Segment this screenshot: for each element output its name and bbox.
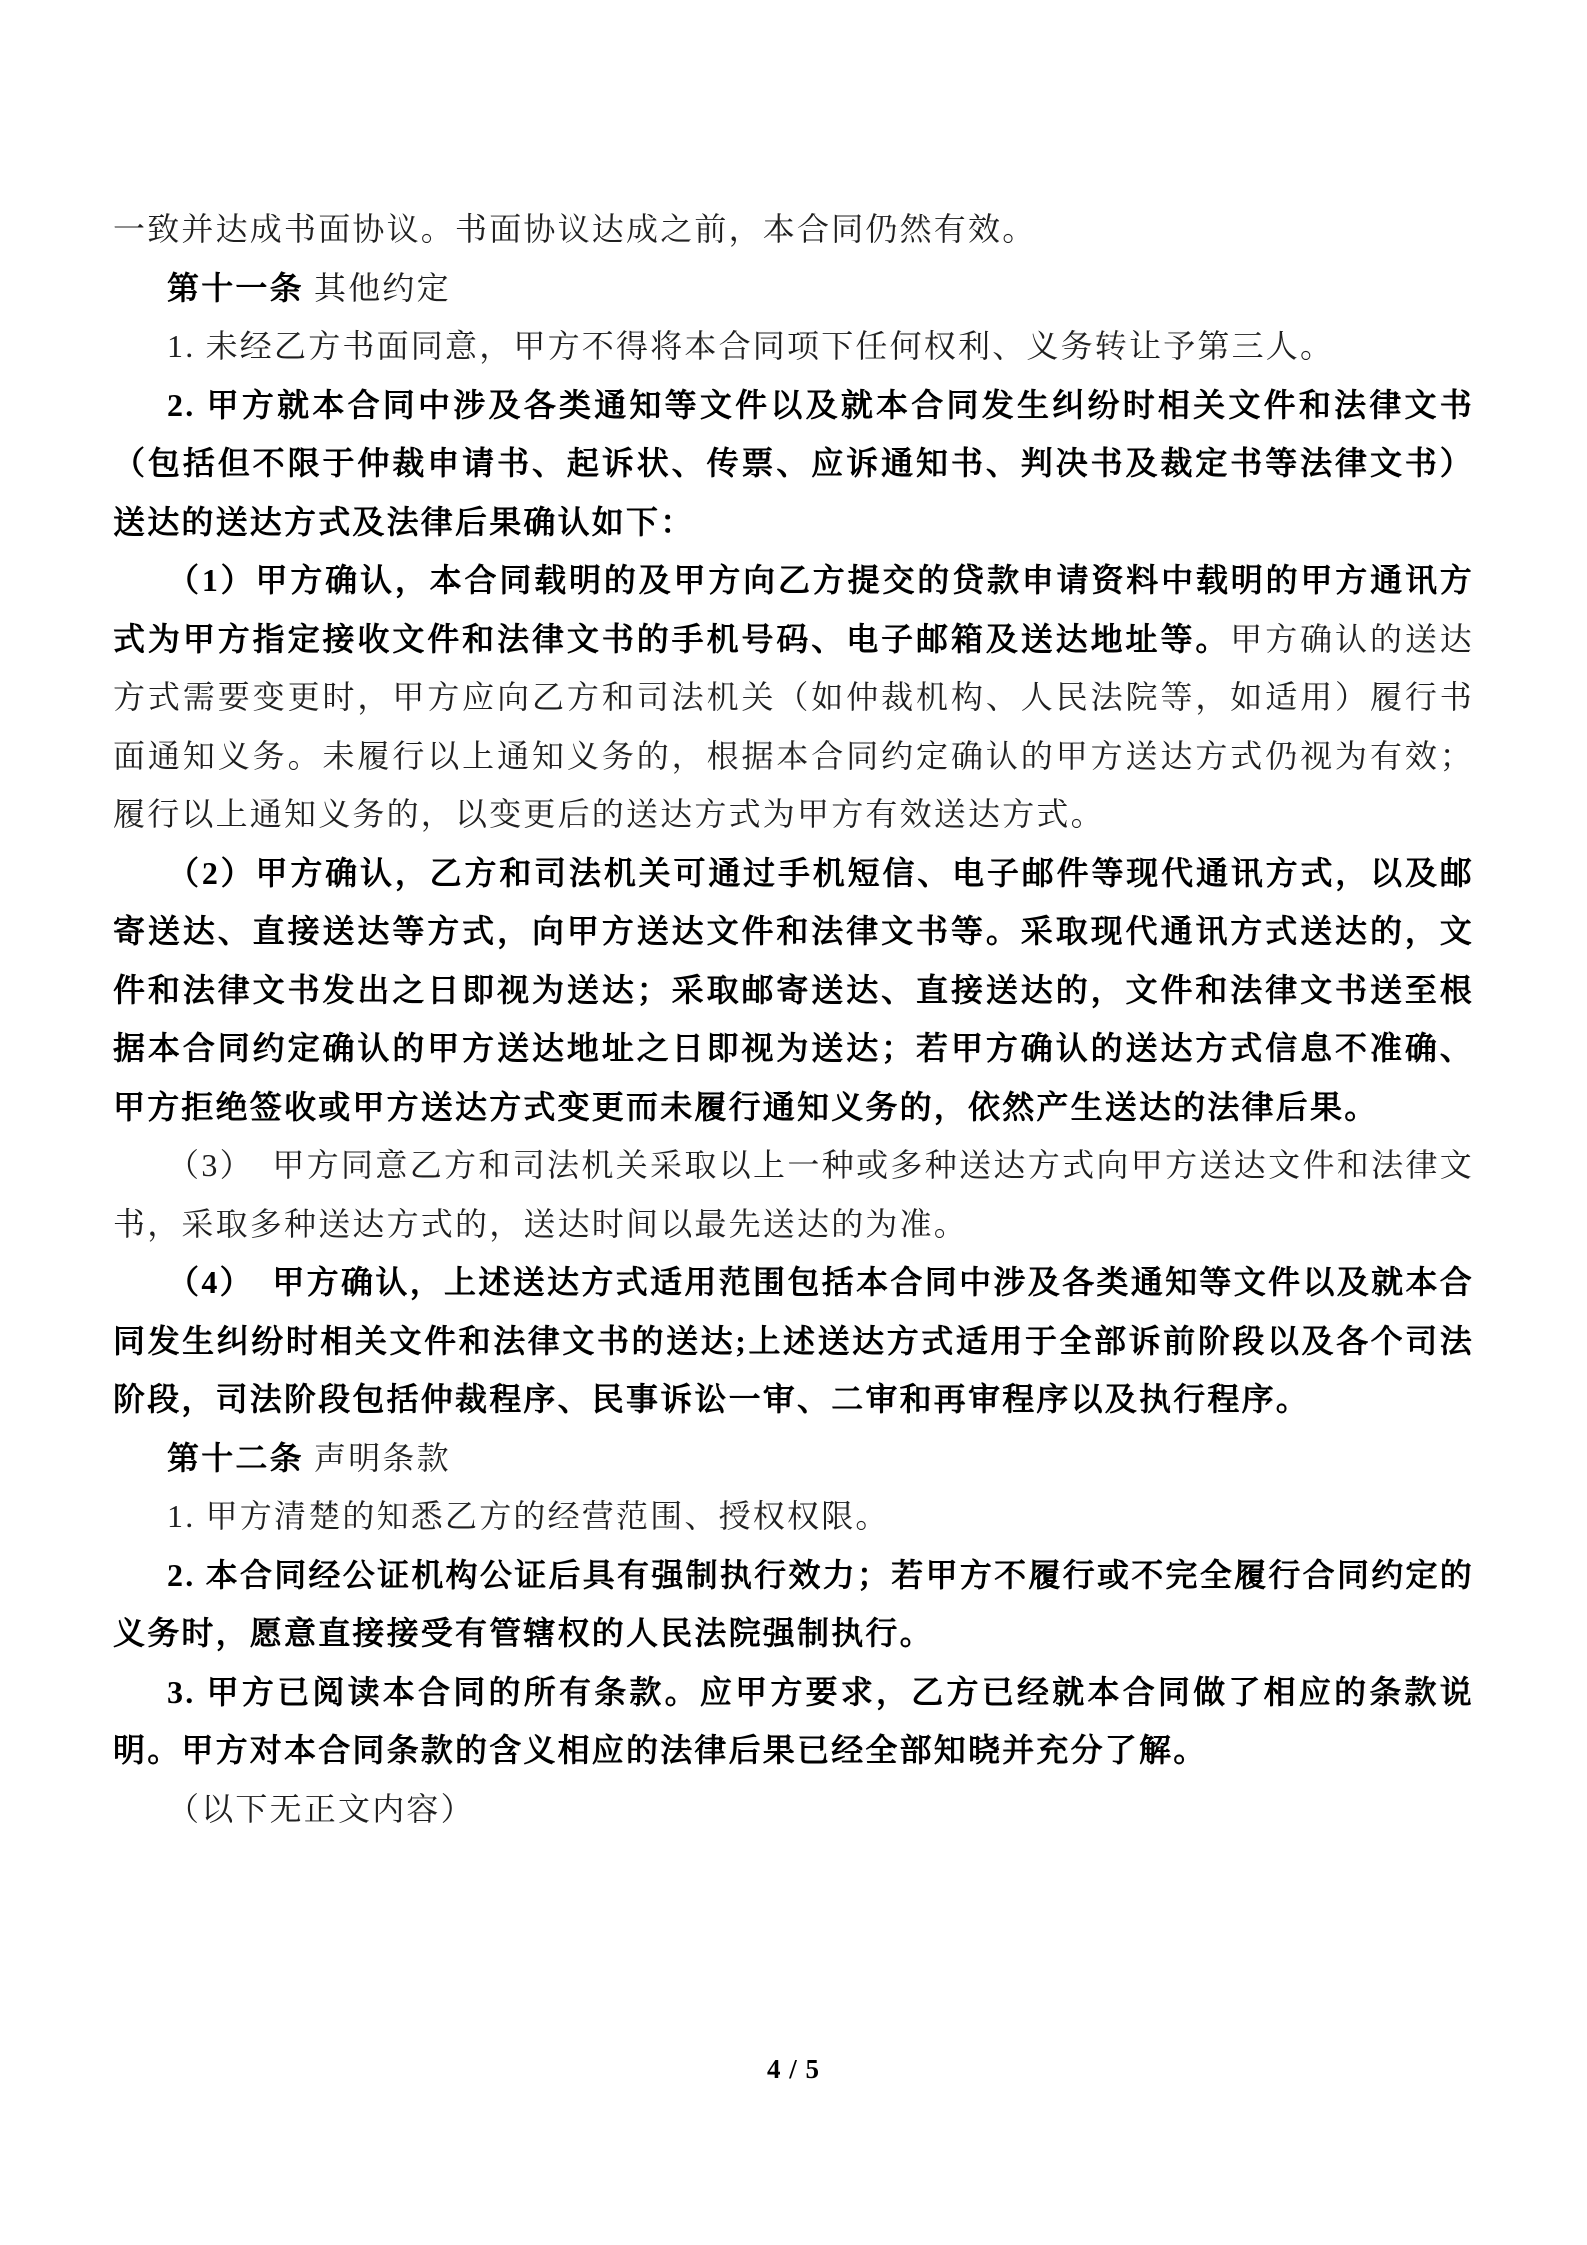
paragraph: 2. 甲方就本合同中涉及各类通知等文件以及就本合同发生纠纷时相关文件和法律文书（… bbox=[113, 376, 1474, 552]
text-segment: 其他约定 bbox=[304, 270, 451, 306]
text-segment-bold: （4） 甲方确认，上述送达方式适用范围包括本合同中涉及各类通知等文件以及就本合同… bbox=[113, 1264, 1474, 1417]
text-segment-bold: 2. 本合同经公证机构公证后具有强制执行效力；若甲方不履行或不完全履行合同约定的… bbox=[113, 1557, 1474, 1652]
paragraph: 第十一条 其他约定 bbox=[113, 259, 1474, 318]
text-segment-bold: 2. 甲方就本合同中涉及各类通知等文件以及就本合同发生纠纷时相关文件和法律文书（… bbox=[113, 387, 1474, 540]
paragraph: 1. 甲方清楚的知悉乙方的经营范围、授权权限。 bbox=[113, 1487, 1474, 1546]
paragraph: （3） 甲方同意乙方和司法机关采取以上一种或多种送达方式向甲方送达文件和法律文书… bbox=[113, 1136, 1474, 1253]
text-segment: 1. 未经乙方书面同意，甲方不得将本合同项下任何权利、义务转让予第三人。 bbox=[167, 328, 1334, 364]
paragraph: （1）甲方确认，本合同载明的及甲方向乙方提交的贷款申请资料中载明的甲方通讯方式为… bbox=[113, 551, 1474, 844]
text-segment: 1. 甲方清楚的知悉乙方的经营范围、授权权限。 bbox=[167, 1498, 890, 1534]
page-number: 4 / 5 bbox=[0, 2052, 1587, 2086]
document-body: 一致并达成书面协议。书面协议达成之前，本合同仍然有效。第十一条 其他约定1. 未… bbox=[113, 200, 1474, 1838]
text-segment: （以下无正文内容） bbox=[167, 1791, 475, 1827]
paragraph: （2）甲方确认，乙方和司法机关可通过手机短信、电子邮件等现代通讯方式，以及邮寄送… bbox=[113, 844, 1474, 1137]
paragraph: 2. 本合同经公证机构公证后具有强制执行效力；若甲方不履行或不完全履行合同约定的… bbox=[113, 1546, 1474, 1663]
paragraph: 1. 未经乙方书面同意，甲方不得将本合同项下任何权利、义务转让予第三人。 bbox=[113, 317, 1474, 376]
paragraph: （4） 甲方确认，上述送达方式适用范围包括本合同中涉及各类通知等文件以及就本合同… bbox=[113, 1253, 1474, 1429]
text-segment-bold: （2）甲方确认，乙方和司法机关可通过手机短信、电子邮件等现代通讯方式，以及邮寄送… bbox=[113, 855, 1474, 1125]
text-segment-bold: 3. 甲方已阅读本合同的所有条款。应甲方要求，乙方已经就本合同做了相应的条款说明… bbox=[113, 1674, 1474, 1769]
text-segment-bold: 第十一条 bbox=[167, 270, 304, 306]
paragraph: 3. 甲方已阅读本合同的所有条款。应甲方要求，乙方已经就本合同做了相应的条款说明… bbox=[113, 1663, 1474, 1780]
paragraph: （以下无正文内容） bbox=[113, 1780, 1474, 1839]
paragraph: 第十二条 声明条款 bbox=[113, 1429, 1474, 1488]
paragraph: 一致并达成书面协议。书面协议达成之前，本合同仍然有效。 bbox=[113, 200, 1474, 259]
text-segment-bold: 第十二条 bbox=[167, 1440, 304, 1476]
text-segment: （3） 甲方同意乙方和司法机关采取以上一种或多种送达方式向甲方送达文件和法律文书… bbox=[113, 1147, 1474, 1242]
document-page: 一致并达成书面协议。书面协议达成之前，本合同仍然有效。第十一条 其他约定1. 未… bbox=[0, 0, 1587, 2245]
text-segment: 声明条款 bbox=[304, 1440, 451, 1476]
text-segment: 一致并达成书面协议。书面协议达成之前，本合同仍然有效。 bbox=[113, 211, 1036, 247]
